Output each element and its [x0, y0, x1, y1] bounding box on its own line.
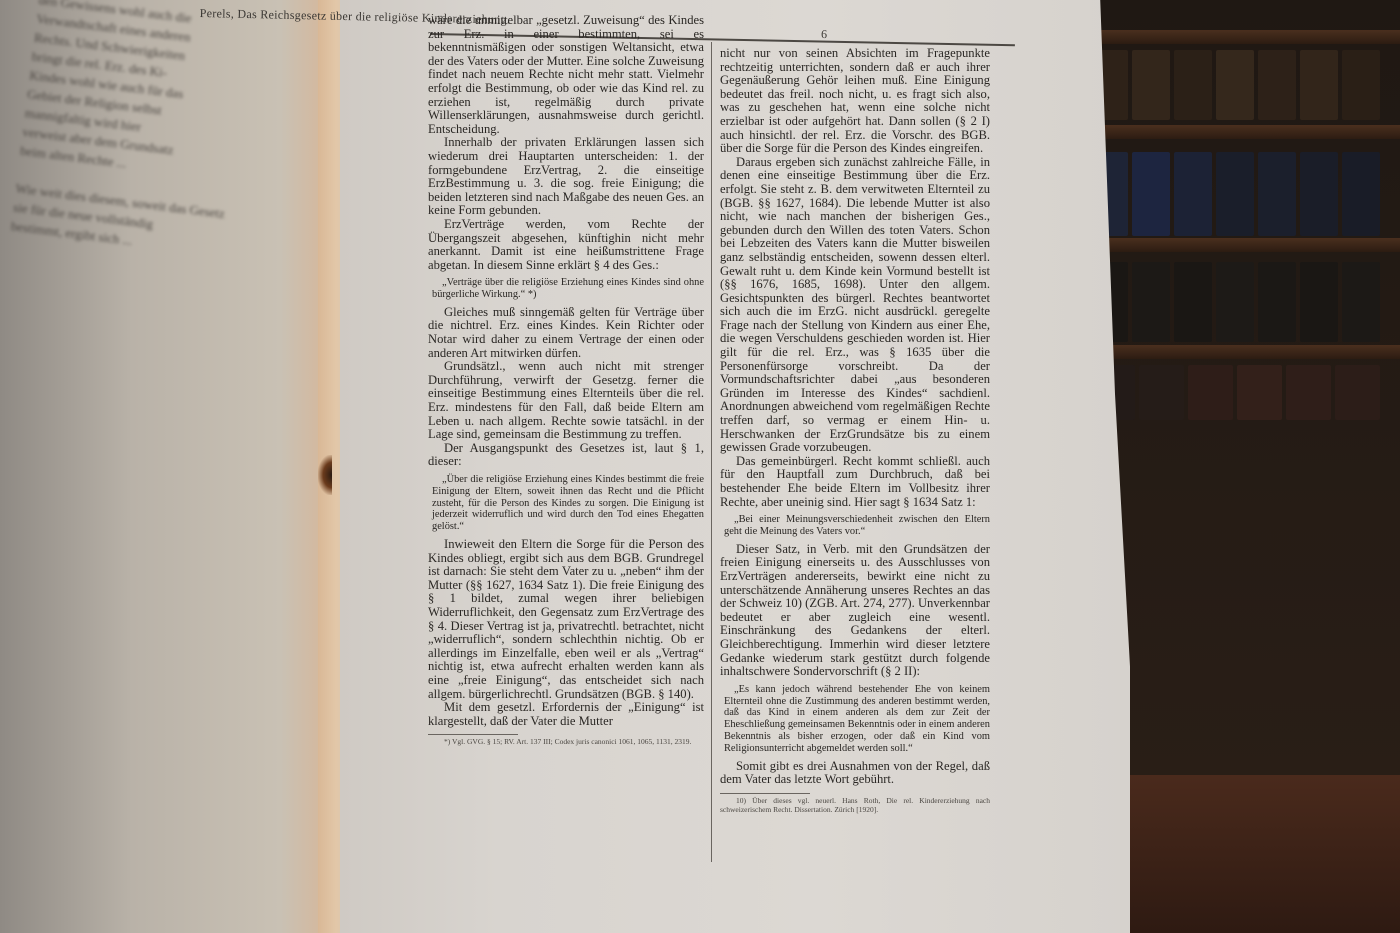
paragraph: Dieser Satz, in Verb. mit den Grundsätze…: [720, 543, 990, 679]
left-column: wäre die unmittelbar „gesetzl. Zuweisung…: [428, 14, 704, 746]
quote: „Verträge über die religiöse Erziehung e…: [432, 277, 704, 301]
paragraph: ErzVerträge werden, vom Rechte der Überg…: [428, 218, 704, 272]
paragraph: Gleiches muß sinngemäß gelten für Verträ…: [428, 306, 704, 360]
books-row: [1090, 365, 1380, 420]
footnote-rule: [428, 734, 518, 735]
quote: „Es kann jedoch während bestehender Ehe …: [724, 684, 990, 755]
paragraph: Inwieweit den Eltern die Sorge für die P…: [428, 538, 704, 701]
books-row: [1090, 50, 1380, 120]
gutter-damage: [318, 455, 332, 495]
books-row: [1090, 152, 1380, 236]
paragraph: nicht nur von seinen Absichten im Fragep…: [720, 47, 990, 156]
shelf-board: [1080, 345, 1400, 359]
wooden-table: [1100, 775, 1400, 933]
shelf-board: [1080, 30, 1400, 44]
footnote: 10) Über dieses vgl. neuerl. Hans Roth, …: [720, 796, 990, 814]
paragraph: Daraus ergeben sich zunächst zahlreiche …: [720, 156, 990, 455]
quote: „Bei einer Meinungsverschiedenheit zwisc…: [724, 514, 990, 538]
paragraph: Innerhalb der privaten Erklärungen lasse…: [428, 136, 704, 218]
shelf-board: [1080, 125, 1400, 139]
column-divider: [711, 42, 712, 862]
books-row: [1090, 262, 1380, 342]
shelf-board: [1080, 238, 1400, 252]
paragraph: Das gemeinbürgerl. Recht kommt schließl.…: [720, 455, 990, 509]
paragraph: Grundsätzl., wenn auch nicht mit strenge…: [428, 360, 704, 442]
paragraph: Somit gibt es drei Ausnahmen von der Reg…: [720, 760, 990, 787]
footnote: *) Vgl. GVG. § 15; RV. Art. 137 III; Cod…: [428, 737, 704, 746]
paragraph: wäre die unmittelbar „gesetzl. Zuweisung…: [428, 14, 704, 136]
right-column: nicht nur von seinen Absichten im Fragep…: [720, 47, 990, 814]
paragraph: Mit dem gesetzl. Erfordernis der „Einigu…: [428, 701, 704, 728]
paragraph: Der Ausgangspunkt des Gesetzes ist, laut…: [428, 442, 704, 469]
footnote-rule: [720, 793, 810, 794]
left-page-blurred-text: den Gewissens wohl auch die Verwandtscha…: [10, 0, 298, 267]
left-page: den Gewissens wohl auch die Verwandtscha…: [0, 0, 330, 933]
quote: „Über die religiöse Erziehung eines Kind…: [432, 474, 704, 533]
